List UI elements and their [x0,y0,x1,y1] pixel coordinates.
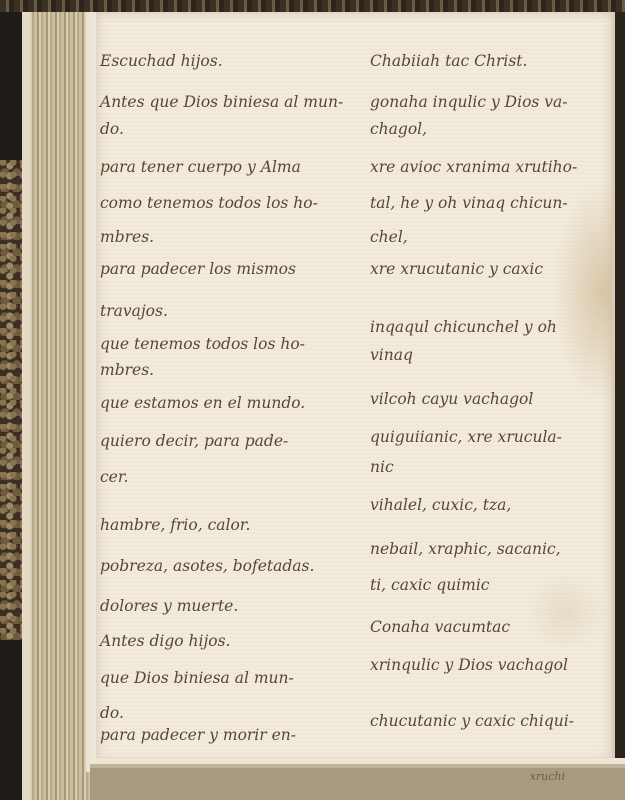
text-line: do. [100,120,124,138]
text-line: hambre, frio, calor. [100,516,250,534]
text-line: como tenemos todos los ho- [100,194,318,212]
text-line: gonaha inqulic y Dios va- [370,93,568,111]
text-line: quiguiianic, xre xrucula- [370,428,562,446]
text-line: xre avioc xranima xrutiho- [370,158,577,176]
text-line: tal, he y oh vinaq chicun- [370,194,568,212]
text-line: Chabiiah tac Christ. [370,52,527,70]
text-line: Antes que Dios biniesa al mun- [100,93,343,111]
folio-mark: xruchi [530,770,565,783]
text-line: que tenemos todos los ho- [100,335,305,353]
text-line: nic [370,458,394,476]
text-line: Antes digo hijos. [100,632,230,650]
text-line: chagol, [370,120,427,138]
text-line: Conaha vacumtac [370,618,510,636]
text-line: que Dios biniesa al mun- [100,669,294,687]
text-line: quiero decir, para pade- [100,432,288,450]
text-line: mbres. [100,361,154,379]
book-cover-top [0,0,625,12]
text-line: vilcoh cayu vachagol [370,390,533,408]
text-line: vihalel, cuxic, tza, [370,496,511,514]
text-line: para padecer los mismos [100,260,296,278]
text-line: inqaqul chicunchel y oh [370,318,557,336]
text-line: para tener cuerpo y Alma [100,158,301,176]
text-line: nebail, xraphic, sacanic, [370,540,561,558]
text-line: pobreza, asotes, bofetadas. [100,557,314,575]
text-line: para padecer y morir en- [100,726,296,744]
text-line: vinaq [370,346,413,364]
text-line: xre xrucutanic y caxic [370,260,543,278]
marbled-cover [0,160,24,640]
text-line: Escuchad hijos. [100,52,223,70]
text-line: travajos. [100,302,168,320]
text-line: ti, caxic quimic [370,576,489,594]
text-line: mbres. [100,228,154,246]
text-line: cer. [100,468,129,486]
text-line: chucutanic y caxic chiqui- [370,712,574,730]
text-line: xrinqulic y Dios vachagol [370,656,568,674]
text-line: que estamos en el mundo. [100,394,305,412]
text-line: dolores y muerte. [100,597,238,615]
text-line: do. [100,704,124,722]
text-line: chel, [370,228,408,246]
